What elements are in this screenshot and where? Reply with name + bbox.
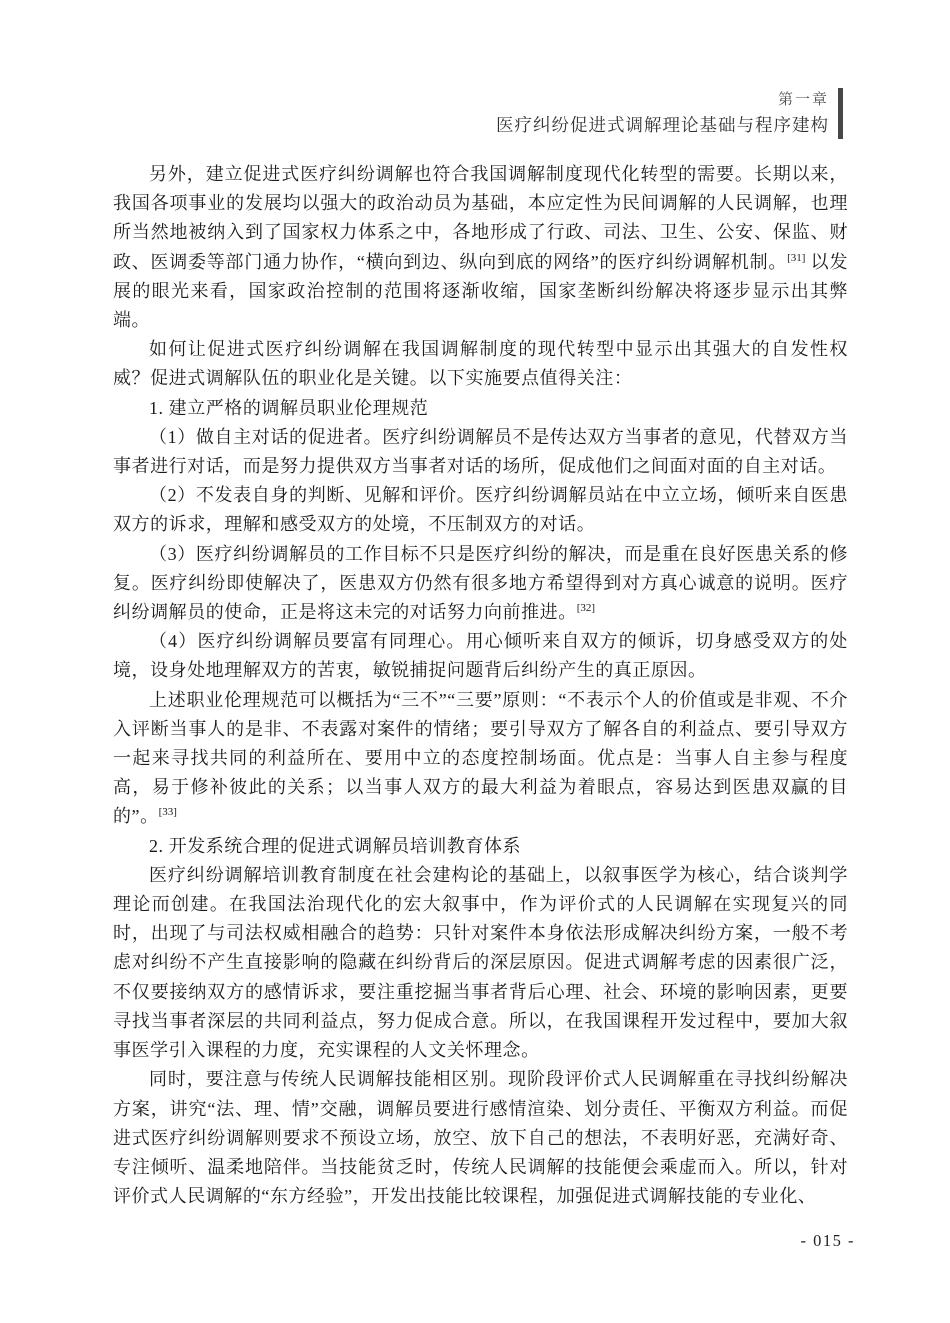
chapter-number: 第一章 <box>496 88 829 112</box>
body-paragraph: （1）做自主对话的促进者。医疗纠纷调解员不是传达双方当事者的意见，代替双方当事者… <box>113 423 848 481</box>
book-page: 第一章 医疗纠纷促进式调解理论基础与程序建构 另外，建立促进式医疗纠纷调解也符合… <box>0 0 950 1323</box>
section-heading: 1. 建立严格的调解员职业伦理规范 <box>113 394 848 423</box>
body-paragraph: （3）医疗纠纷调解员的工作目标不只是医疗纠纷的解决，而是重在良好医患关系的修复。… <box>113 540 848 628</box>
body-text: 另外，建立促进式医疗纠纷调解也符合我国调解制度现代化转型的需要。长期以来，我国各… <box>113 160 848 1211</box>
body-paragraph: 如何让促进式医疗纠纷调解在我国调解制度的现代转型中显示出其强大的自发性权威？促进… <box>113 335 848 393</box>
page-header: 第一章 医疗纠纷促进式调解理论基础与程序建构 <box>113 88 843 139</box>
chapter-title: 医疗纠纷促进式调解理论基础与程序建构 <box>496 112 829 139</box>
footnote-ref: [32] <box>577 602 595 614</box>
header-rule <box>838 88 843 139</box>
section-heading: 2. 开发系统合理的促进式调解员培训教育体系 <box>113 832 848 861</box>
footnote-ref: [31] <box>787 252 805 264</box>
footnote-ref: [33] <box>159 806 177 818</box>
body-paragraph: 同时，要注意与传统人民调解技能相区别。现阶段评价式人民调解重在寻找纠纷解决方案，… <box>113 1065 848 1211</box>
body-paragraph: （4）医疗纠纷调解员要富有同理心。用心倾听来自双方的倾诉，切身感受双方的处境，设… <box>113 627 848 685</box>
body-paragraph: （2）不发表自身的判断、见解和评价。医疗纠纷调解员站在中立立场，倾听来自医患双方… <box>113 481 848 539</box>
body-paragraph: 医疗纠纷调解培训教育制度在社会建构论的基础上，以叙事医学为核心，结合谈判学理论而… <box>113 861 848 1065</box>
running-head: 第一章 医疗纠纷促进式调解理论基础与程序建构 <box>496 88 829 139</box>
body-paragraph: 上述职业伦理规范可以概括为“三不”“三要”原则：“不表示个人的价值或是非观、不介… <box>113 686 848 832</box>
body-paragraph: 另外，建立促进式医疗纠纷调解也符合我国调解制度现代化转型的需要。长期以来，我国各… <box>113 160 848 335</box>
page-number: - 015 - <box>801 1231 856 1251</box>
